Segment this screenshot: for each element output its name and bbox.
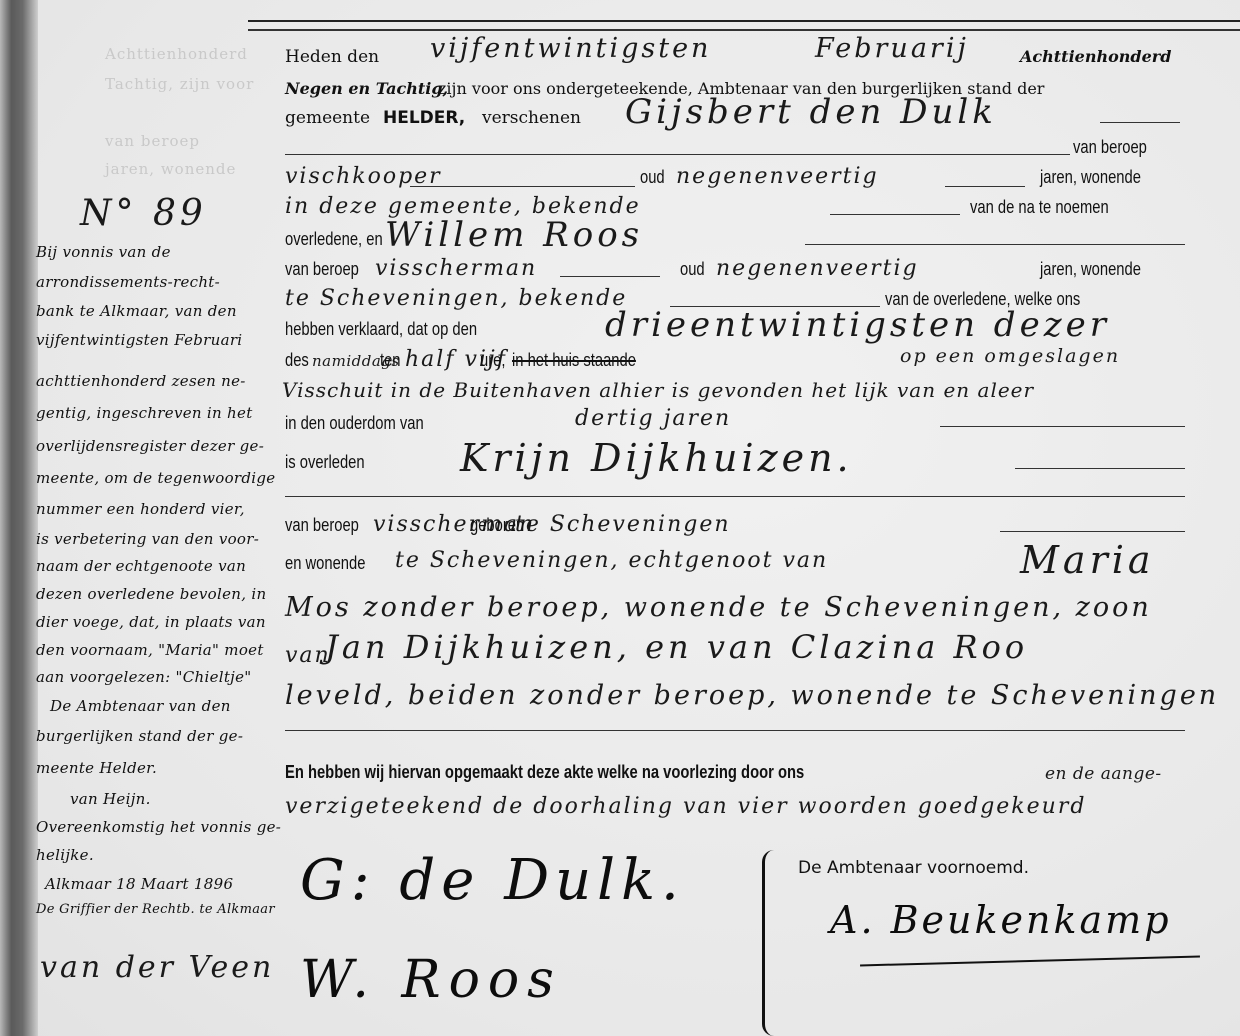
handwritten-day: vijfentwintigsten <box>430 33 711 64</box>
bleed-through-text: van beroep <box>105 132 200 150</box>
signature-brace <box>762 850 779 1036</box>
deceased-name: Krijn Dijkhuizen. <box>460 436 853 480</box>
declarant2-residence: te Scheveningen, bekende <box>285 286 627 311</box>
printed-is-overleden: is overleden <box>285 452 365 473</box>
signature-declarant1: G: de Dulk. <box>300 848 685 913</box>
printed-van-beroep: van beroep <box>1073 137 1147 158</box>
margin-note-line: nummer een honderd vier, <box>36 500 245 518</box>
bleed-through-text: jaren, wonende <box>105 160 236 178</box>
closing-line2: verzigeteekend de doorhaling van vier wo… <box>285 794 1086 819</box>
printed-year-right: Achttienhonderd <box>1020 47 1171 66</box>
printed-overledene-en: overledene, en <box>285 229 383 250</box>
fill-line <box>410 186 635 187</box>
fill-line <box>1100 122 1180 123</box>
printed-closing: En hebben wij hiervan opgemaakt deze akt… <box>285 762 804 783</box>
printed-ure: ure, <box>480 350 505 371</box>
header-double-rule <box>248 20 1240 31</box>
fill-line <box>285 730 1185 731</box>
margin-note-line: is verbetering van den voor- <box>36 530 259 548</box>
declarant1-age: negenenveertig <box>676 164 879 189</box>
closing-addition: en de aange- <box>1045 764 1162 784</box>
margin-note-line: De Ambtenaar van den <box>50 697 231 715</box>
margin-note-line: gentig, ingeschreven in het <box>36 404 253 422</box>
margin-note-line: meente Helder. <box>36 759 157 777</box>
margin-note-line: Alkmaar 18 Maart 1896 <box>45 875 233 893</box>
margin-note-line: overlijdensregister dezer ge- <box>36 437 264 455</box>
printed-van-beroep: van beroep <box>285 259 359 280</box>
fill-line <box>945 186 1025 187</box>
van-prefix: van <box>285 643 331 668</box>
struck-text: in het huis staande <box>512 350 636 371</box>
margin-note-line: naam der echtgenoote van <box>36 557 246 575</box>
signature-registrar: A. Beukenkamp <box>830 898 1172 942</box>
margin-note-line: bank te Alkmaar, van den <box>36 302 237 320</box>
place-line1: op een omgeslagen <box>900 345 1120 367</box>
clerk-signature: van der Veen <box>40 950 274 985</box>
printed-year-left: Negen en Tachtig, <box>285 79 448 98</box>
margin-note-line: den voornaam, "Maria" moet <box>36 641 264 659</box>
printed-in-den-ouderdom: in den ouderdom van <box>285 413 424 434</box>
printed-ten: ten <box>380 350 401 371</box>
printed-en-wonende: en wonende <box>285 553 365 574</box>
page-binding-shadow <box>0 0 38 1036</box>
father-line: Jan Dijkhuizen, en van Clazina Roo <box>325 628 1028 666</box>
margin-note-line: vijfentwintigsten Februari <box>36 331 242 349</box>
registrar-underline <box>860 956 1200 967</box>
fill-line <box>285 154 1070 155</box>
margin-note-line: van Heijn. <box>70 790 151 808</box>
margin-note-line: dezen overledene bevolen, in <box>36 585 266 603</box>
printed-jaren-wonende: jaren, wonende <box>1040 167 1141 188</box>
printed-jaren-wonende: jaren, wonende <box>1040 259 1141 280</box>
spouse-line: Mos zonder beroep, wonende te Schevening… <box>285 592 1152 623</box>
declarant2-occupation: visscherman <box>375 256 537 281</box>
printed-heden-den: Heden den <box>285 47 379 67</box>
margin-note-line: burgerlijken stand der ge- <box>36 727 243 745</box>
printed-verschenen: verschenen <box>482 108 581 128</box>
fill-line <box>1000 531 1185 532</box>
residence-spouse: te Scheveningen, echtgenoot van <box>395 548 828 573</box>
mother-line: leveld, beiden zonder beroep, wonende te… <box>285 680 1219 711</box>
declarant2-age: negenenveertig <box>716 256 919 281</box>
printed-van-beroep: van beroep <box>285 515 359 536</box>
fill-line <box>285 496 1185 497</box>
fill-line <box>830 214 960 215</box>
municipality-name: HELDER, <box>383 108 465 128</box>
fill-line <box>805 244 1185 245</box>
printed-gemeente: gemeente <box>285 108 370 128</box>
margin-note-line: Bij vonnis van de <box>36 243 171 261</box>
margin-note-line: meente, om de tegenwoordige <box>36 469 275 487</box>
margin-note-line: De Griffier der Rechtb. te Alkmaar <box>36 902 275 917</box>
printed-ambtenaar-voornoemd: De Ambtenaar voornoemd. <box>798 858 1029 878</box>
birthplace: te Scheveningen <box>515 512 731 537</box>
fill-line <box>560 276 660 277</box>
handwritten-month: Februarij <box>815 33 969 64</box>
register-number: N° 89 <box>80 193 207 234</box>
printed-hebben-verklaard: hebben verklaard, dat op den <box>285 319 477 340</box>
printed-oud: oud <box>680 259 705 280</box>
margin-note-line: aan voorgelezen: "Chieltje" <box>36 668 252 686</box>
spouse-first-name: Maria <box>1020 538 1155 582</box>
fill-line <box>1015 468 1185 469</box>
signature-declarant2: W. Roos <box>300 950 562 1010</box>
printed-oud: oud <box>640 167 665 188</box>
printed-des: des <box>285 350 309 371</box>
margin-note-line: dier voege, dat, in plaats van <box>36 613 266 631</box>
margin-note-line: arrondissements-recht- <box>36 273 220 291</box>
printed-van-de-na-te-noemen: van de na te noemen <box>970 197 1109 218</box>
bleed-through-text: Tachtig, zijn voor <box>105 75 254 93</box>
bleed-through-text: Achttienhonderd <box>105 45 248 63</box>
death-day: drieentwintigsten dezer <box>605 305 1110 345</box>
fill-line <box>940 426 1185 427</box>
document-page: Achttienhonderd Tachtig, zijn voor van b… <box>0 0 1240 1036</box>
margin-note-line: Overeenkomstig het vonnis ge- <box>36 818 281 836</box>
place-line2: Visschuit in de Buitenhaven alhier is ge… <box>282 378 1034 402</box>
margin-note-line: helijke. <box>36 846 94 864</box>
declarant2-name: Willem Roos <box>385 215 643 255</box>
deceased-age: dertig jaren <box>575 406 731 431</box>
declarant1-name: Gijsbert den Dulk <box>625 92 997 132</box>
margin-note-line: achttienhonderd zesen ne- <box>36 372 246 390</box>
